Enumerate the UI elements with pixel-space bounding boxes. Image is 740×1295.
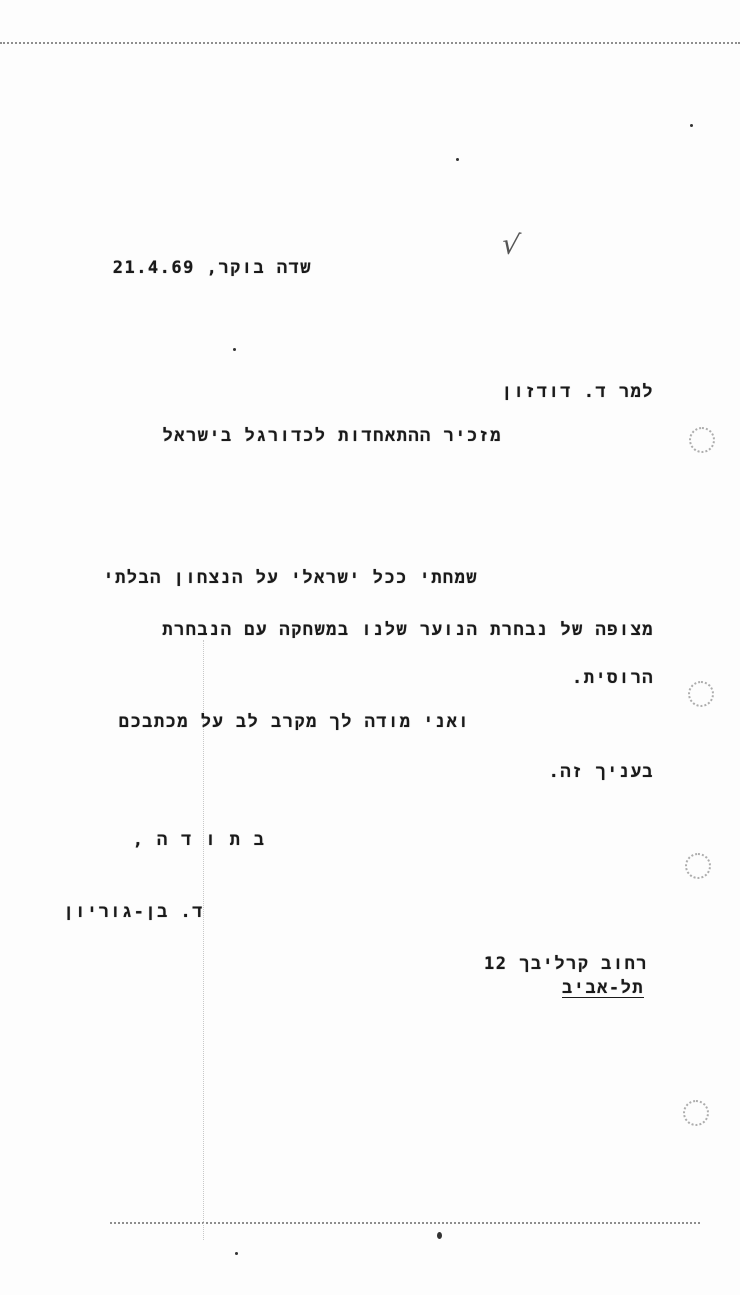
signature: ד. בן-גוריון [63,902,204,923]
address-city: תל-אביב [562,978,644,999]
body-line-1: שמחתי ככל ישראלי על הנצחון הבלתי [103,568,478,589]
recipient-name: למר ד. דודזון [502,382,654,403]
closing: בתודה, [133,830,278,851]
scan-speck [690,124,693,127]
body-line-3: הרוסית. [572,668,654,689]
body-line-5: בעניך זה. [549,762,654,783]
scan-speck [456,158,459,161]
place-and-date: שדה בוקר, 21.4.69 [113,258,312,279]
scan-speck [233,348,236,351]
body-line-4: ואני מודה לך מקרב לב על מכתבכם [119,712,470,733]
recipient-title: מזכיר ההתאחדות לכדורגל בישראל [163,426,502,447]
punch-hole [689,427,715,453]
punch-hole [688,681,714,707]
scan-speck [437,1232,442,1239]
punch-hole [685,853,711,879]
address-street: רחוב קרליבך 12 [484,954,648,975]
scan-speck [235,1252,238,1255]
bottom-scan-edge-line [110,1222,700,1224]
scanned-letter-page: √ שדה בוקר, 21.4.69 למר ד. דודזון מזכיר … [0,0,740,1295]
body-line-2: מצופה של נבחרת הנוער שלנו במשחקה עם הנבח… [162,620,654,641]
punch-hole [683,1100,709,1126]
checkmark-icon: √ [500,227,522,262]
top-scan-edge-line [0,42,740,44]
